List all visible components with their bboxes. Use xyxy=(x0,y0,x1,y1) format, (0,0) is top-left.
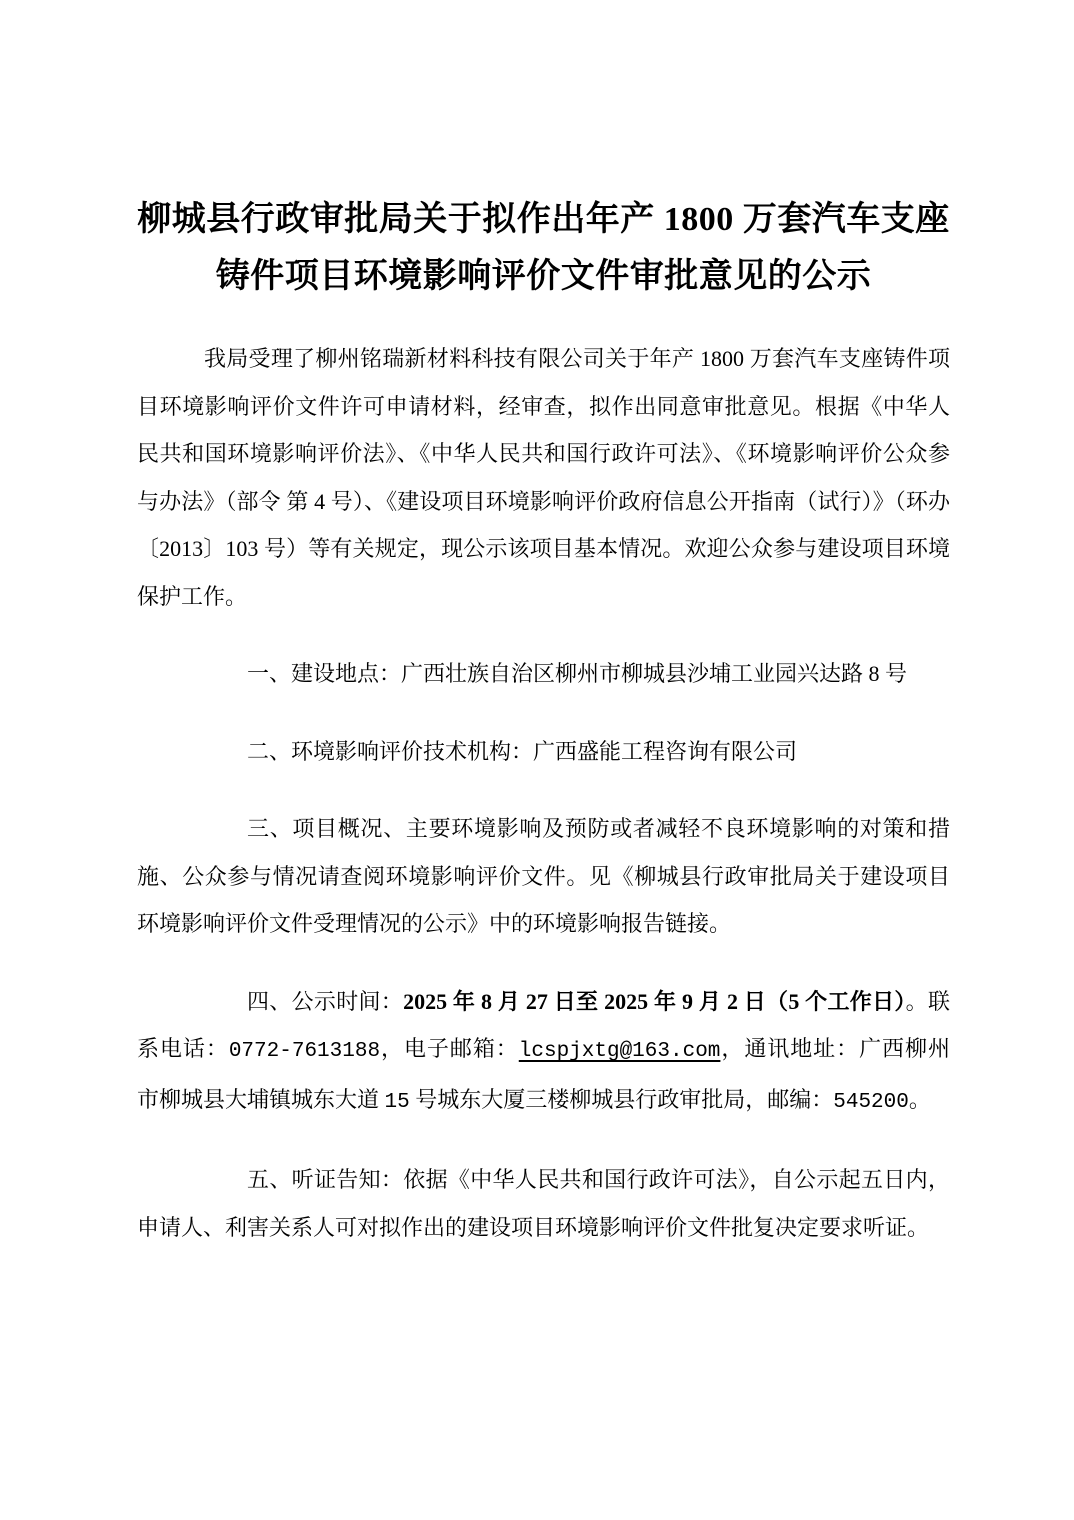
item-4-label: 四、公示时间： xyxy=(247,989,403,1014)
mailing-address-rest: 号城东大厦三楼柳城县行政审批局，邮编： xyxy=(410,1087,834,1112)
email-label: ，电子邮箱： xyxy=(380,1036,519,1061)
item-4-publicity-period: 四、公示时间：2025 年 8 月 27 日至 2025 年 9 月 2 日（5… xyxy=(137,978,950,1127)
postal-code: 545200 xyxy=(833,1091,909,1114)
item-2-eia-agency: 二、环境影响评价技术机构：广西盛能工程咨询有限公司 xyxy=(137,728,950,776)
phone-number: 0772-7613188 xyxy=(229,1040,380,1063)
item-1-construction-site: 一、建设地点：广西壮族自治区柳州市柳城县沙埔工业园兴达路 8 号 xyxy=(137,650,950,698)
document-title-line-1: 柳城县行政审批局关于拟作出年产 1800 万套汽车支座 xyxy=(137,191,950,248)
document-title-line-2: 铸件项目环境影响评价文件审批意见的公示 xyxy=(137,248,950,305)
document-content: 柳城县行政审批局关于拟作出年产 1800 万套汽车支座 铸件项目环境影响评价文件… xyxy=(137,0,950,1251)
publicity-dates: 2025 年 8 月 27 日至 2025 年 9 月 2 日（5 个工作日） xyxy=(403,989,906,1014)
document-title: 柳城县行政审批局关于拟作出年产 1800 万套汽车支座 铸件项目环境影响评价文件… xyxy=(137,191,950,305)
intro-paragraph: 我局受理了柳州铭瑞新材料科技有限公司关于年产 1800 万套汽车支座铸件项目环境… xyxy=(137,335,950,620)
document-page: 柳城县行政审批局关于拟作出年产 1800 万套汽车支座 铸件项目环境影响评价文件… xyxy=(0,0,1074,1520)
item-5-hearing-notice: 五、听证告知：依据《中华人民共和国行政许可法》，自公示起五日内，申请人、利害关系… xyxy=(137,1156,950,1251)
item-4-end-punctuation: 。 xyxy=(909,1087,931,1112)
email-link[interactable]: lcspjxtg@163.com xyxy=(519,1040,721,1063)
street-number: 15 xyxy=(385,1091,410,1114)
item-3-project-overview: 三、项目概况、主要环境影响及预防或者减轻不良环境影响的对策和措施、公众参与情况请… xyxy=(137,805,950,948)
